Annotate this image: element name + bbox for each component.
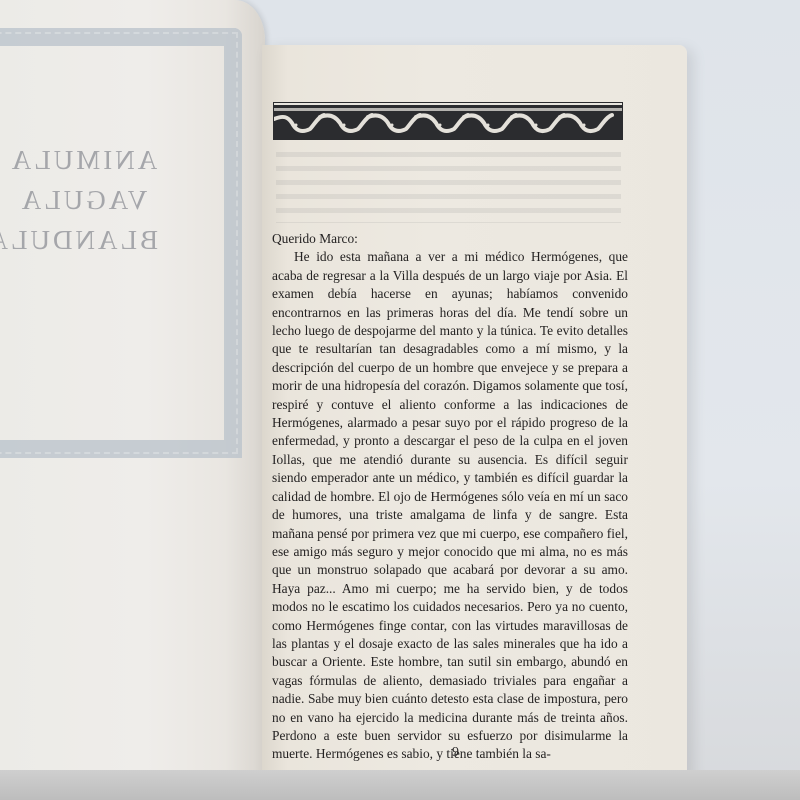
letter-body: Querido Marco: He ido esta mañana a ver … bbox=[272, 230, 628, 764]
bleed-title-line-2: VAGULA bbox=[8, 180, 158, 220]
bleed-title-line-3: BLANDULA bbox=[8, 220, 158, 260]
paragraph: He ido esta mañana a ver a mi médico Her… bbox=[272, 248, 628, 763]
salutation: Querido Marco: bbox=[272, 230, 628, 248]
ornament-wave-border bbox=[274, 103, 622, 139]
wave-scroll-icon bbox=[274, 111, 622, 139]
bleed-through-title: ANIMULA VAGULA BLANDULA bbox=[8, 140, 158, 260]
left-page: ANIMULA VAGULA BLANDULA bbox=[0, 0, 265, 790]
right-page: Querido Marco: He ido esta mañana a ver … bbox=[262, 45, 687, 790]
bleed-title-line-1: ANIMULA bbox=[8, 140, 158, 180]
page-number: 9 bbox=[452, 745, 459, 761]
table-surface bbox=[0, 770, 800, 800]
bleed-through-text bbox=[276, 145, 621, 223]
